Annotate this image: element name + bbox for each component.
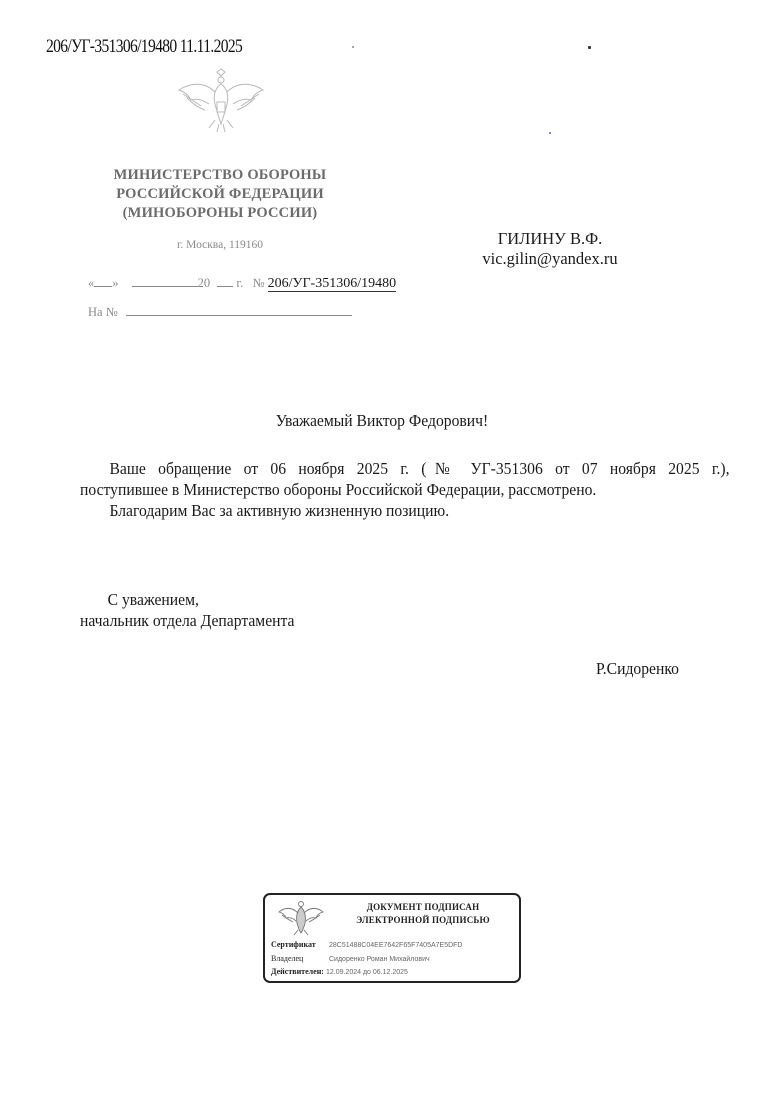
owner-row: ВладелецСидоренко Роман Михайлович bbox=[271, 954, 430, 963]
valid-value: 12.09.2024 до 06.12.2025 bbox=[326, 969, 408, 976]
addressee-email: vic.gilin@yandex.ru bbox=[470, 249, 630, 269]
scan-speck bbox=[549, 132, 551, 134]
year-prefix: 20 bbox=[198, 276, 211, 290]
city-address: г. Москва, 119160 bbox=[100, 239, 340, 251]
day-blank bbox=[94, 276, 112, 287]
stamp-title: ДОКУМЕНТ ПОДПИСАН ЭЛЕКТРОННОЙ ПОДПИСЬЮ bbox=[335, 901, 511, 927]
paragraph-2: Благодарим Вас за активную жизненную поз… bbox=[80, 500, 730, 521]
ministry-line: РОССИЙСКОЙ ФЕДЕРАЦИИ bbox=[100, 185, 340, 204]
owner-label: Владелец bbox=[271, 954, 329, 963]
electronic-signature-stamp: ДОКУМЕНТ ПОДПИСАН ЭЛЕКТРОННОЙ ПОДПИСЬЮ С… bbox=[263, 893, 521, 983]
addressee-block: ГИЛИНУ В.Ф. vic.gilin@yandex.ru bbox=[470, 229, 630, 269]
closing-block: С уважением, начальник отдела Департамен… bbox=[80, 589, 294, 631]
number-label: № bbox=[253, 276, 265, 290]
close-quote: » bbox=[112, 276, 118, 290]
valid-label: Действителен: bbox=[271, 967, 324, 976]
year-blank bbox=[217, 276, 233, 287]
closing-phrase: С уважением, bbox=[80, 589, 294, 610]
signer-name: Р.Сидоренко bbox=[596, 659, 679, 679]
owner-value: Сидоренко Роман Михайлович bbox=[329, 956, 430, 963]
year-suffix: г. bbox=[236, 276, 243, 290]
double-headed-eagle-emblem-icon bbox=[175, 68, 267, 134]
ministry-line: (МИНОБОРОНЫ РОССИИ) bbox=[100, 204, 340, 223]
paragraph-1-line-1: Ваше обращение от 06 ноября 2025 г. (№ У… bbox=[80, 458, 730, 479]
scan-speck bbox=[352, 46, 354, 48]
certificate-label: Сертификат bbox=[271, 940, 329, 949]
scan-speck bbox=[588, 46, 591, 49]
certificate-row: Сертификат28C51488C04EE7642F65F7405A7E5D… bbox=[271, 940, 462, 949]
document-date-number-line: «» 20 г. № 206/УГ-351306/19480 bbox=[88, 276, 396, 292]
signer-title: начальник отдела Департамента bbox=[80, 610, 294, 631]
outgoing-number: 206/УГ-351306/19480 bbox=[268, 276, 396, 292]
double-headed-eagle-emblem-icon bbox=[277, 899, 325, 937]
reply-to-label: На № bbox=[88, 305, 118, 319]
month-blank bbox=[132, 276, 198, 287]
stamp-title-line: ДОКУМЕНТ ПОДПИСАН bbox=[335, 901, 511, 914]
reply-to-line: На № bbox=[88, 303, 352, 320]
registration-stamp: 206/УГ-351306/19480 11.11.2025 bbox=[46, 36, 242, 58]
letter-body: Ваше обращение от 06 ноября 2025 г. (№ У… bbox=[80, 458, 678, 521]
addressee-name: ГИЛИНУ В.Ф. bbox=[470, 229, 630, 249]
reply-to-blank bbox=[126, 303, 352, 316]
paragraph-1-line-2: поступившее в Министерство обороны Росси… bbox=[80, 479, 730, 500]
ministry-name: МИНИСТЕРСТВО ОБОРОНЫ РОССИЙСКОЙ ФЕДЕРАЦИ… bbox=[100, 166, 340, 223]
stamp-title-line: ЭЛЕКТРОННОЙ ПОДПИСЬЮ bbox=[335, 914, 511, 927]
certificate-value: 28C51488C04EE7642F65F7405A7E5DFD bbox=[329, 942, 462, 949]
validity-row: Действителен: 12.09.2024 до 06.12.2025 bbox=[271, 967, 408, 976]
salutation: Уважаемый Виктор Федорович! bbox=[31, 411, 734, 431]
ministry-line: МИНИСТЕРСТВО ОБОРОНЫ bbox=[100, 166, 340, 185]
